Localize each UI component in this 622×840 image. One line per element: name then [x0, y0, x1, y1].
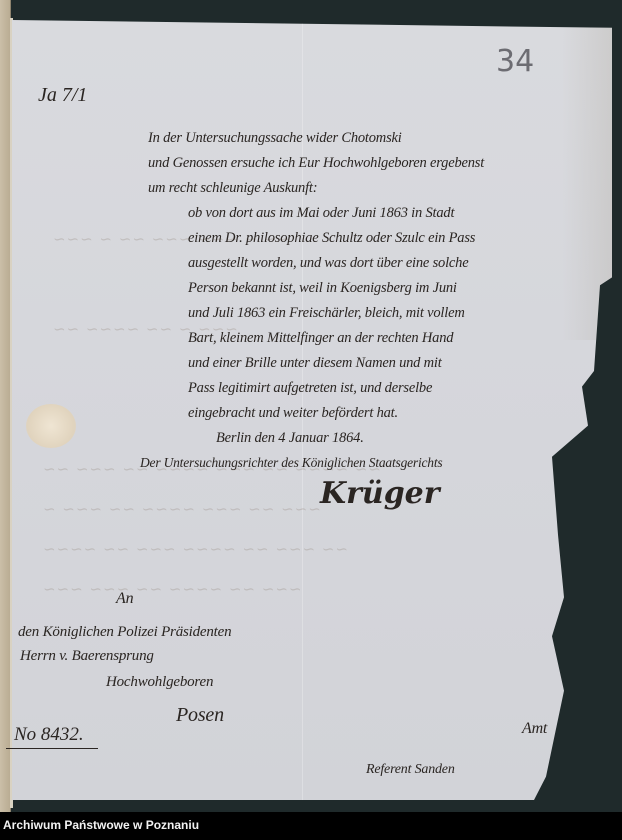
bleed-through-text: ~~~ ~~ ~~~ ~~~~ ~~ ~~~ ~ [42, 500, 321, 518]
folio-number: 34 [496, 44, 534, 79]
address-line: Herrn v. Baerensprung [20, 648, 154, 665]
body-line: einem Dr. philosophiae Schultz oder Szul… [188, 230, 475, 247]
address-line: den Königlichen Polizei Präsidenten [18, 624, 231, 641]
body-line: ausgestellt worden, und was dort über ei… [188, 255, 468, 272]
bleed-through-text: ~~ ~~~ ~~ ~~~~ ~~~ ~~ ~~~~ [42, 540, 348, 558]
office-line: Der Untersuchungsrichter des Königlichen… [140, 455, 442, 471]
body-line: In der Untersuchungssache wider Chotomsk… [148, 130, 402, 147]
bleed-through-text: ~~~ ~~ ~~~~ ~~ ~~~ ~~~ [42, 580, 302, 598]
body-line: eingebracht und weiter befördert hat. [188, 405, 398, 422]
body-line: und Juli 1863 ein Freischärler, bleich, … [188, 305, 465, 322]
archive-caption: Archiwum Państwowe w Poznaniu [3, 818, 199, 832]
address-line: An [116, 590, 133, 608]
body-line: und Genossen ersuche ich Eur Hochwohlgeb… [148, 155, 484, 172]
address-line: Hochwohlgeboren [106, 674, 213, 691]
body-line: Pass legitimirt aufgetreten ist, und der… [188, 380, 432, 397]
body-line: um recht schleunige Auskunft: [148, 180, 317, 197]
date-line: Berlin den 4 Januar 1864. [216, 430, 364, 447]
bottom-right-note: Amt [522, 720, 547, 738]
bottom-note: Referent Sanden [366, 762, 455, 778]
reference-number: No 8432. [14, 724, 84, 746]
margin-note: Ja 7/1 [38, 84, 87, 107]
body-line: ob von dort aus im Mai oder Juni 1863 in… [188, 205, 454, 222]
reference-underline [6, 748, 98, 749]
page-shadow [562, 20, 612, 340]
body-line: Person bekannt ist, weil in Koenigsberg … [188, 280, 457, 297]
body-line: und einer Brille unter diesem Namen und … [188, 355, 442, 372]
signature: Krüger [320, 476, 440, 511]
address-city: Posen [176, 704, 224, 727]
body-line: Bart, kleinem Mittelfinger an der rechte… [188, 330, 453, 347]
paper-stain [26, 404, 76, 448]
document-scan: ~~ ~ ~~~ ~~~ ~~ ~ ~~~ ~~~ ~ ~~ ~~~~ ~~ ~… [0, 0, 622, 812]
